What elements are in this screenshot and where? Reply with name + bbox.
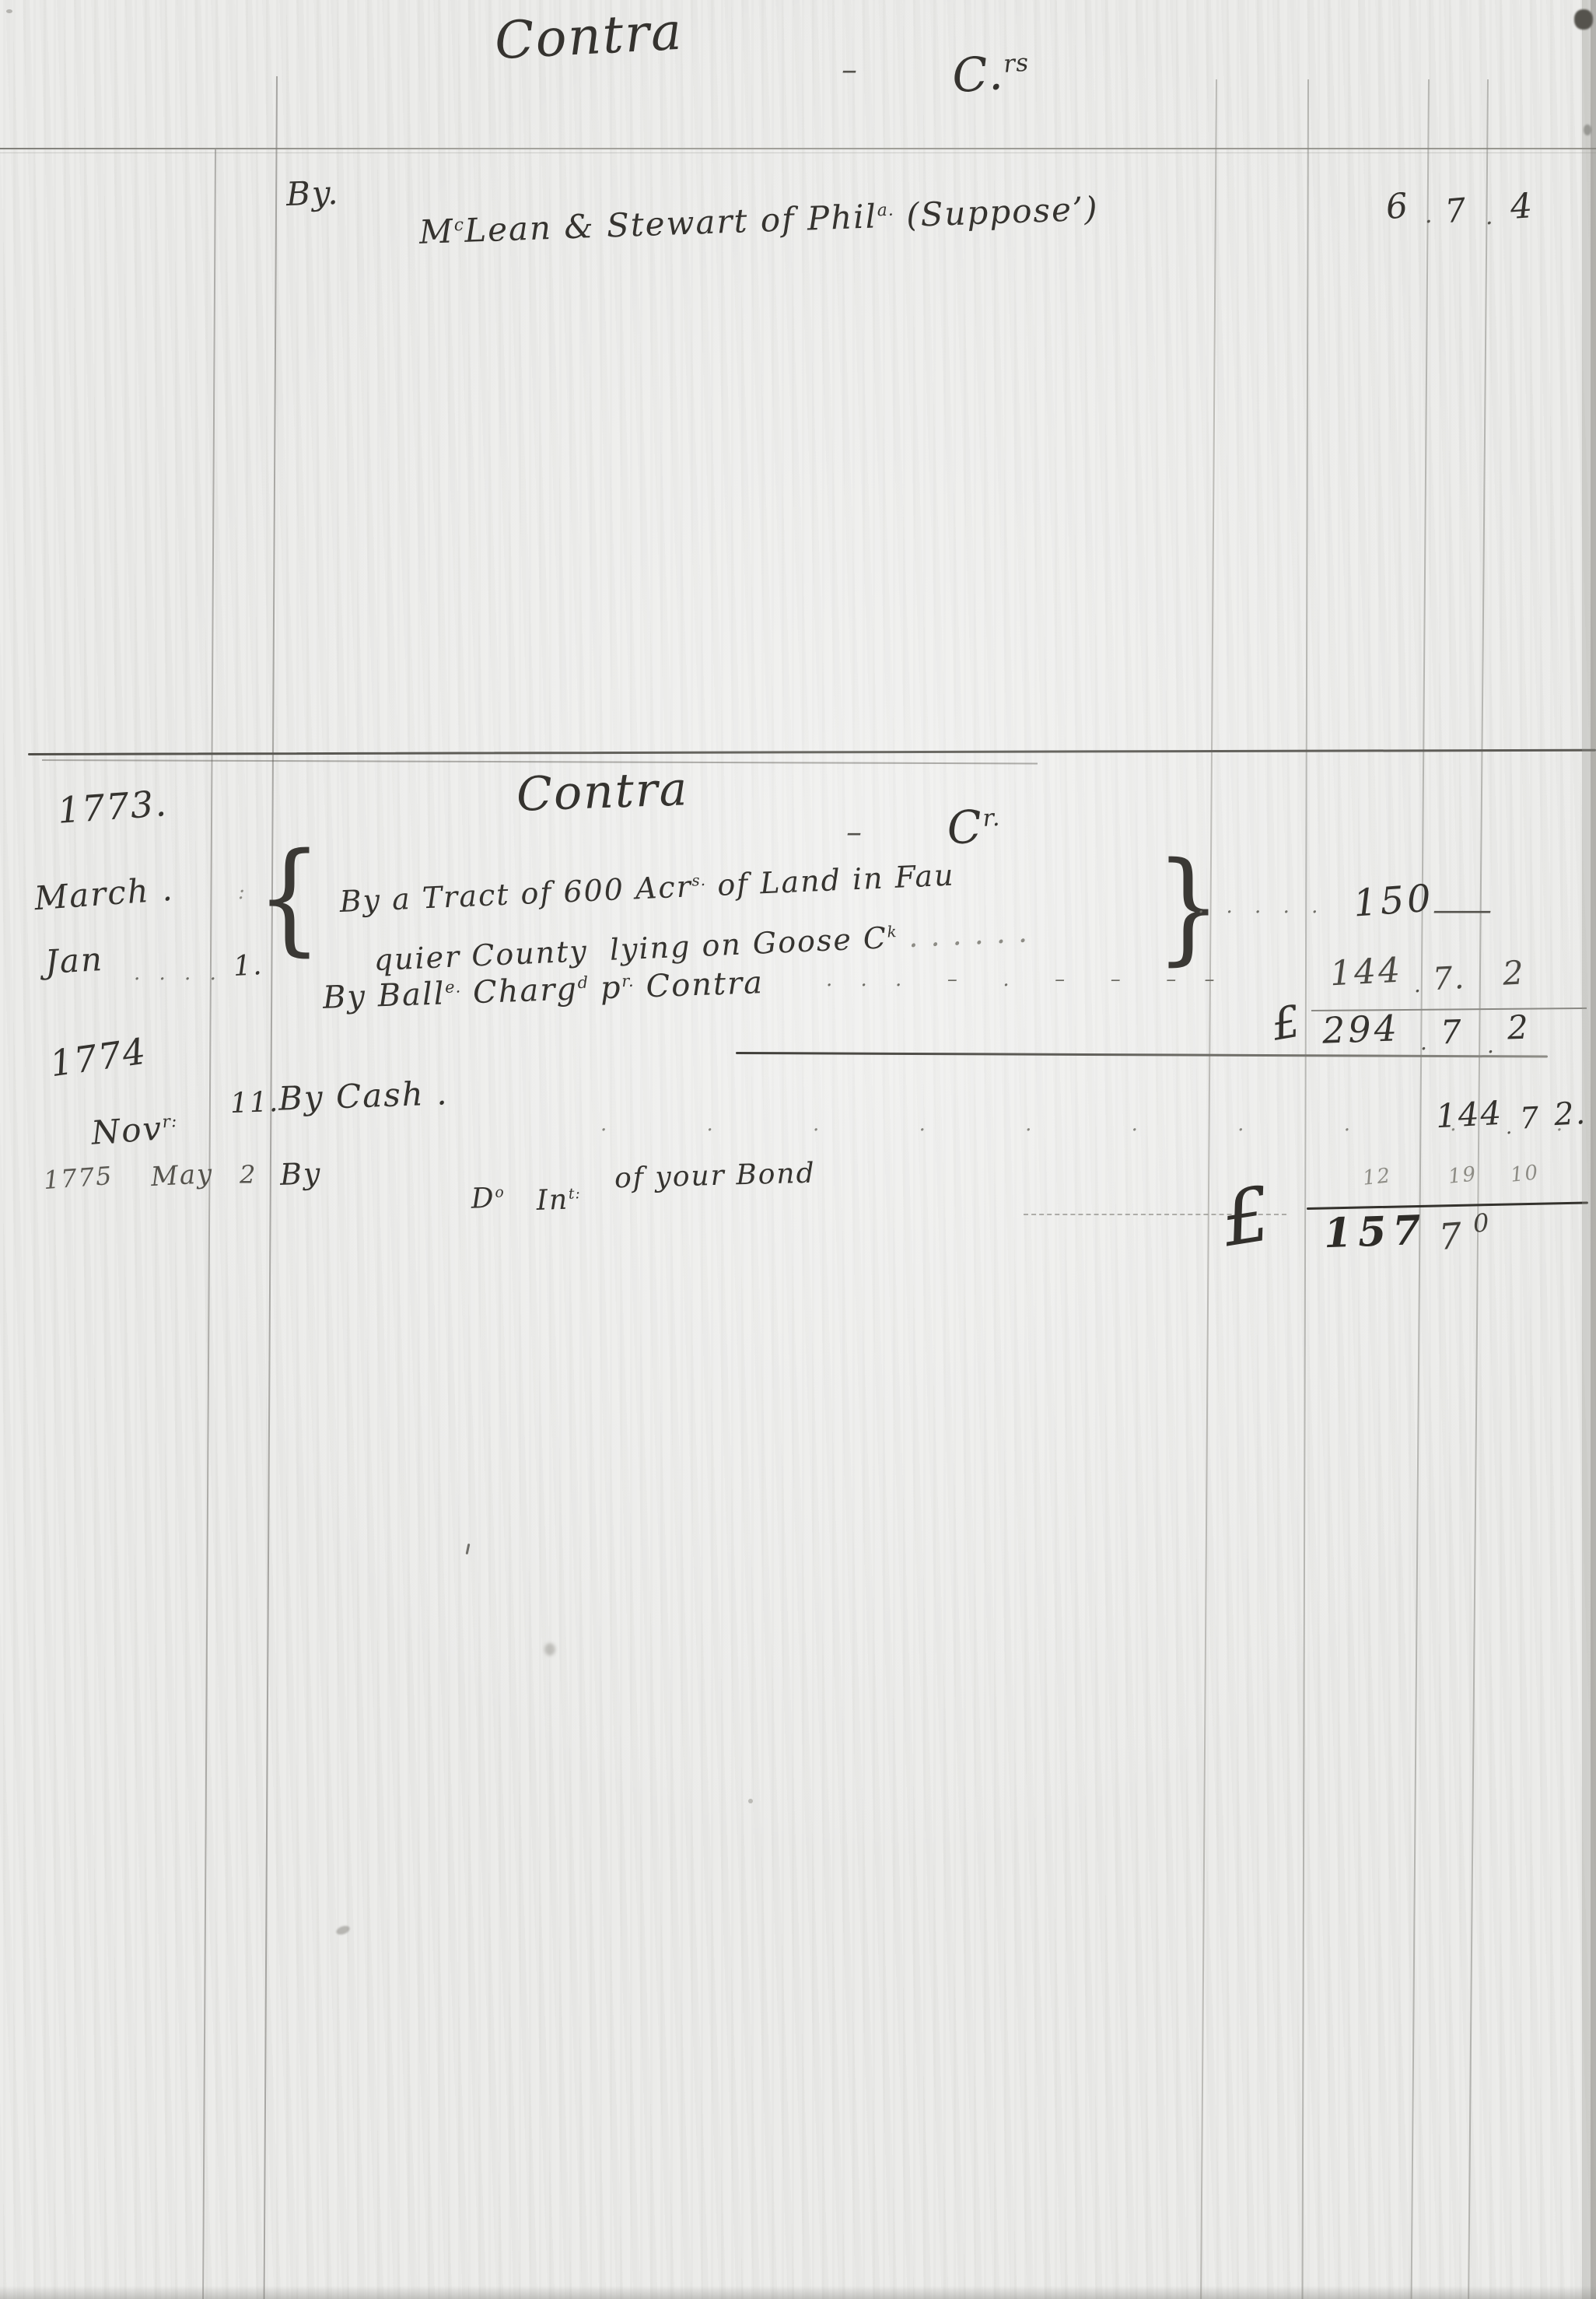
nov-entry-text: By Cash . [278, 1077, 449, 1116]
subtotal-shillings: 7 [1440, 1016, 1463, 1050]
entry-mclean-text: McLean & Stewart of Phila. (Suppose’) [358, 159, 1101, 283]
entry-mclean-sep2: . [1486, 205, 1495, 229]
paper-dot [748, 1799, 753, 1803]
top-left-speck [6, 9, 12, 13]
jan-amount-sep1: . [1414, 974, 1423, 996]
year-1773: 1773. [57, 785, 170, 829]
entry-mclean-pence: 4 [1510, 189, 1535, 225]
subtotal-pounds: 294 [1321, 1010, 1400, 1048]
nov-amount-pounds: 144 [1435, 1097, 1503, 1133]
jan-entry-text: By Balle. Chargd pr. Contra [275, 936, 765, 1046]
right-edge-spot [1584, 124, 1591, 135]
column-rule-date-right [264, 76, 278, 2299]
page-title-abbr: C.rs [882, 2, 1034, 151]
subtotal-pound-sign: £ [1269, 1000, 1305, 1048]
entry-mclean-sep1: . [1425, 204, 1434, 227]
total-pence: 0 [1472, 1210, 1492, 1235]
may-year: 1775 [43, 1163, 114, 1193]
jan-amount-pence: 2 [1502, 956, 1526, 990]
section-divider-rule [28, 749, 1596, 755]
jan-amount-shillings: 7. [1432, 962, 1466, 995]
total-pound-sign: £ [1217, 1176, 1277, 1258]
march-amount-dash: —— [1433, 895, 1489, 926]
page-title-underdash: – [842, 54, 859, 86]
column-rule-amount-0 [1200, 79, 1217, 2299]
column-rule-pounds [1302, 79, 1309, 2299]
may-day: 2 [240, 1162, 257, 1187]
subtotal-pence: 2 [1507, 1011, 1530, 1045]
entry-mclean-by: By. [285, 177, 340, 211]
march-leader-dots: . . . . . [1198, 896, 1325, 916]
subtotal-sep2: . [1487, 1035, 1496, 1057]
page-title-word: Contra [493, 6, 684, 68]
may-entry-int: Int: [493, 1158, 583, 1245]
top-rule-shadow [0, 152, 1596, 153]
may-amount-pounds-faint: 12 [1362, 1165, 1393, 1189]
subtotal-sep1: . [1420, 1032, 1429, 1053]
may-entry-by: By [279, 1158, 322, 1190]
column-rule-date-left [202, 149, 216, 2299]
total-shillings: 7 [1437, 1218, 1464, 1255]
entry-mclean-shillings: 7 [1444, 194, 1468, 228]
may-month: May [150, 1161, 214, 1190]
ink-tick-mark [466, 1544, 471, 1554]
column-rule-pence [1468, 79, 1489, 2299]
top-rule [0, 148, 1596, 149]
jan-month-dots: . . . . [134, 963, 222, 983]
right-edge-streak [1591, 0, 1596, 2299]
nov-amount-sep1: . [1506, 1117, 1514, 1137]
total-pounds: 157 [1323, 1211, 1427, 1255]
march-month-label: March . [33, 873, 175, 915]
may-amount-pence-faint: 10 [1510, 1162, 1541, 1186]
jan-day: 1. [233, 951, 264, 981]
nov-amount-shillings: 7 [1519, 1102, 1541, 1133]
may-entry-rest: of your Bond [614, 1160, 817, 1193]
paper-smudge-1 [544, 1643, 555, 1656]
nov-day: 11. [229, 1088, 279, 1118]
bottom-edge-shadow [0, 2286, 1596, 2299]
column-rule-shillings [1411, 79, 1430, 2299]
jan-leader-dots: . . . – . – – – – [826, 969, 1226, 990]
entry-mclean-pounds: 6 [1384, 189, 1411, 225]
section-heading-word: Contra [516, 766, 689, 818]
paper-smudge-2 [335, 1924, 351, 1936]
march-tick: : [238, 882, 247, 902]
year-1774: 1774 [47, 1033, 149, 1082]
march-amount-pounds: 150 [1352, 879, 1435, 922]
jan-amount-pounds: 144 [1329, 954, 1403, 992]
top-right-corner-mark [1574, 9, 1593, 30]
may-amount-shillings-faint: 19 [1447, 1164, 1479, 1187]
ledger-page: Contra C.rs – By. McLean & Stewart of Ph… [0, 0, 1596, 2299]
jan-month-label: Jan [44, 943, 104, 979]
